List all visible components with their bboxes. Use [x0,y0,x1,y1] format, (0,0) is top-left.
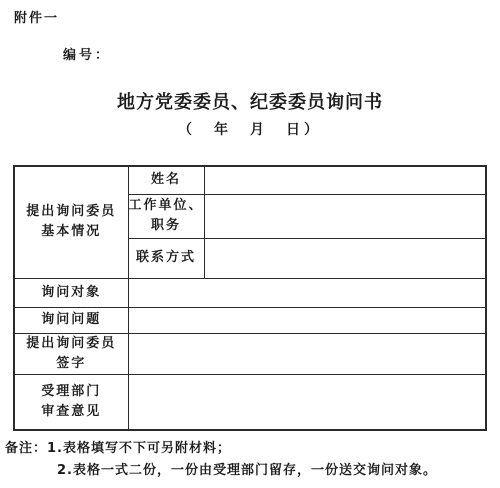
signature-label-line1: 提出询问委员 [15,334,128,354]
signature-label-line2: 签字 [15,354,128,374]
serial-number-label: 编号： [63,44,111,63]
attachment-label: 附件一 [14,7,59,26]
name-value-cell [204,166,486,194]
contact-label: 联系方式 [128,238,204,278]
notes-section: 备注：1.表格填写不下可另附材料； 2.表格一式二份，一份由受理部门留存，一份送… [5,438,437,482]
inquiry-question-label: 询问问题 [14,307,128,333]
note-line-2: 2.表格一式二份，一份由受理部门留存，一份送交询问对象。 [57,460,437,482]
review-opinion-label-line2: 审查意见 [15,402,128,422]
table-row: 提出询问委员 基本情况 姓名 [14,166,486,194]
inquiry-form-table: 提出询问委员 基本情况 姓名 工作单位、 职务 联系方式 询问对象 询问问题 [13,165,487,431]
name-label: 姓名 [128,166,204,194]
inquiry-subject-label: 询问对象 [14,278,128,307]
table-row: 提出询问委员 签字 [14,333,486,374]
work-unit-label-line1: 工作单位、 [129,196,204,216]
work-unit-label-line2: 职务 [129,216,204,236]
table-row: 询问对象 [14,278,486,307]
inquiry-question-value-cell [128,307,486,333]
note-line-1: 备注：1.表格填写不下可另附材料； [5,438,437,460]
table-row: 受理部门 审查意见 [14,374,486,430]
basic-info-group-label: 提出询问委员 基本情况 [14,166,128,278]
note-item-2: 2.表格一式二份，一份由受理部门留存，一份送交询问对象。 [57,463,437,478]
signature-value-cell [128,333,486,374]
contact-value-cell [204,238,486,278]
work-unit-label: 工作单位、 职务 [128,194,204,238]
review-opinion-label: 受理部门 审查意见 [14,374,128,430]
date-line: （ 年 月 日） [0,119,500,139]
table-row: 询问问题 [14,307,486,333]
basic-info-label-line2: 基本情况 [15,222,128,242]
signature-label: 提出询问委员 签字 [14,333,128,374]
review-opinion-label-line1: 受理部门 [15,382,128,402]
work-unit-value-cell [204,194,486,238]
notes-prefix: 备注： [5,441,47,456]
review-opinion-value-cell [128,374,486,430]
document-title: 地方党委委员、纪委委员询问书 [0,88,500,114]
basic-info-label-line1: 提出询问委员 [15,202,128,222]
note-item-1: 1.表格填写不下可另附材料； [47,441,231,456]
inquiry-subject-value-cell [128,278,486,307]
